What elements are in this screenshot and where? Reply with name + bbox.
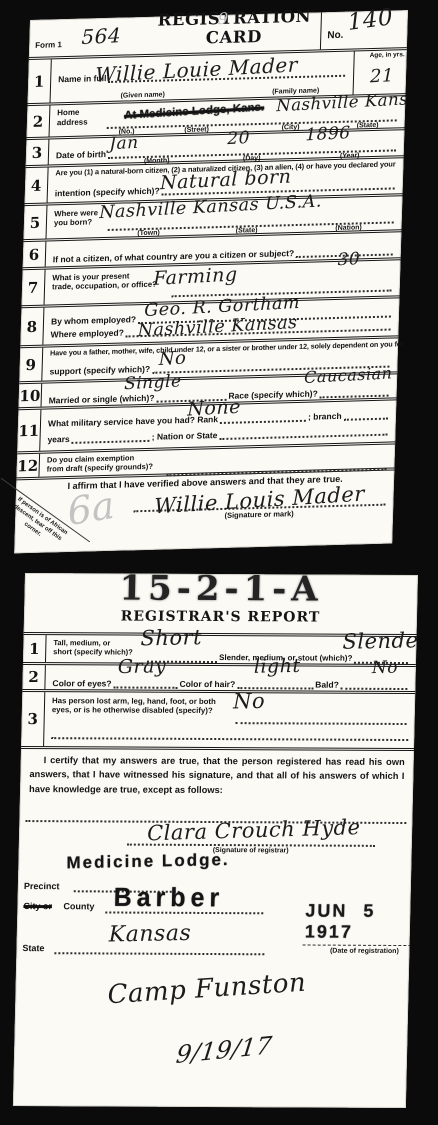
registrar-signature: Clara Crouch Hyde: [147, 817, 361, 844]
row-features: 2 Color of eyes? Color of hair? Bald? Gr…: [22, 665, 416, 694]
race-label: Race (specify which)?: [228, 388, 318, 401]
certification-text: I certify that my answers are true, that…: [29, 753, 405, 798]
age-label: Age, in yrs.: [370, 51, 405, 60]
spacer: [188, 89, 251, 98]
date-caption: (Date of registration): [302, 947, 418, 956]
dotted-line: [237, 678, 313, 689]
row-number: 10: [19, 384, 43, 408]
occupation-label-2: trade, occupation, or office?: [52, 280, 157, 292]
precinct-stamp: Medicine Lodge.: [66, 850, 229, 873]
row-number: 3: [26, 139, 50, 165]
row-disability: 3 Has person lost arm, leg, hand, foot, …: [21, 692, 415, 751]
row-number: 4: [25, 168, 49, 204]
dotted-line: [236, 713, 407, 725]
county-label: County: [63, 901, 94, 912]
margin-number-handwriting: 30: [338, 251, 361, 269]
build-handwriting: Slender: [342, 630, 418, 653]
row-number: 9: [19, 348, 43, 382]
eyes-handwriting: Gray: [118, 657, 166, 677]
given-name-caption: (Given name): [98, 91, 188, 100]
row-number: 12: [16, 454, 40, 478]
row-number: 2: [27, 105, 51, 137]
hair-label: Color of hair?: [179, 679, 235, 689]
date-note-handwriting: 9/19/17: [175, 1033, 274, 1067]
age-handwriting: 21: [370, 67, 394, 86]
row-number: 2: [22, 665, 46, 689]
where-employed-label: Where employed?: [51, 327, 125, 339]
hair-handwriting: light: [254, 657, 301, 677]
bald-label: Bald?: [315, 679, 339, 689]
dob-year-handwriting: 1896: [305, 125, 350, 144]
pencil-mark: 6a: [65, 483, 116, 534]
state-handwriting: Kansas: [109, 923, 192, 947]
row-number: 5: [24, 206, 48, 240]
stray-pencil-mark: 9: [218, 9, 229, 28]
branch-label: ; branch: [308, 411, 342, 422]
state-caption: (State): [191, 226, 301, 236]
exemption-label-2: from draft (specify grounds)?: [47, 462, 154, 474]
height-label-1: Tall, medium, or: [53, 638, 133, 647]
state-label: State: [22, 943, 44, 954]
row-content: Color of eyes? Color of hair? Bald? Gray…: [45, 665, 416, 691]
dotted-line: [219, 425, 387, 440]
rank-handwriting: None: [187, 398, 241, 420]
dotted-line: [341, 679, 408, 690]
dotted-line: [113, 677, 177, 688]
name-handwriting: Willie Louie Mader: [95, 54, 298, 85]
row-number: 11: [17, 410, 41, 452]
row-content: Tall, medium, or short (specify which)? …: [46, 635, 417, 664]
dotted-line: [343, 409, 388, 421]
years-label: years: [47, 434, 70, 445]
foreign-citizen-label: If not a citizen, of what country are yo…: [53, 248, 295, 265]
dob-day-handwriting: 20: [227, 130, 250, 148]
nation-state-label: ; Nation or State: [152, 430, 218, 442]
nation-caption: (Nation): [301, 223, 395, 232]
home-label-2: address: [57, 117, 88, 127]
card-title: REGISTRATION CARD: [147, 6, 321, 54]
town-caption: (Town): [105, 229, 191, 238]
date-line: [303, 940, 418, 946]
county-struck-label: City or: [23, 901, 52, 912]
report-header: 15-2-1-A REGISTRAR'S REPORT: [24, 573, 418, 637]
row-content: By whom employed? Where employed? Geo. R…: [43, 298, 399, 344]
row-content: Has person lost arm, leg, hand, foot, or…: [44, 692, 415, 748]
form-number-area: Form 1 564: [29, 17, 148, 57]
serial-handwriting: 564: [81, 25, 121, 47]
bald-handwriting: No: [372, 660, 398, 678]
signature-block: Willie Louis Mader (Signature or mark): [133, 487, 386, 523]
disability-handwriting: No: [233, 691, 265, 713]
card-number-handwriting: 140: [347, 6, 394, 35]
county-stamp: Barber: [113, 883, 224, 914]
row-number: 1: [23, 635, 47, 662]
row-content: Where were you born? Nashville Kansas U.…: [47, 196, 403, 238]
disability-label-2: eyes, or is he otherwise disabled (speci…: [52, 706, 216, 716]
age-box: Age, in yrs. 21: [353, 50, 407, 94]
marital-handwriting: Single: [124, 373, 182, 393]
card-number-area: No. 140: [320, 10, 408, 49]
dob-label: Date of birth: [56, 149, 106, 161]
row-number: 7: [22, 270, 46, 306]
report-lower-section: I certify that my answers are true, that…: [13, 749, 414, 1108]
citizenship-label-2: intention (specify which)?: [55, 185, 160, 198]
occupation-handwriting: Farming: [153, 265, 237, 288]
registrars-report-card: 15-2-1-A REGISTRAR'S REPORT 1 Tall, medi…: [13, 573, 418, 1108]
dob-month-handwriting: Jan: [109, 135, 138, 154]
height-handwriting: Short: [140, 627, 202, 649]
row-number: 8: [20, 308, 44, 346]
card-footer: I affirm that I have verified above answ…: [14, 472, 394, 554]
dependents-handwriting: No: [159, 350, 187, 369]
row-number: 3: [21, 692, 45, 746]
row-number: 6: [23, 242, 47, 268]
precinct-label: Precinct: [24, 881, 60, 892]
form-label: Form 1: [35, 41, 62, 51]
camp-note-handwriting: Camp Funston: [107, 970, 307, 1009]
row-build: 1 Tall, medium, or short (specify which)…: [23, 635, 417, 667]
blank-dotted-line: [51, 728, 408, 741]
report-title: REGISTRAR'S REPORT: [24, 608, 417, 626]
registration-card: Form 1 564 REGISTRATION CARD 9 No. 140 1…: [14, 10, 408, 553]
eyes-label: Color of eyes?: [52, 678, 111, 688]
employer-label: By whom employed?: [51, 314, 136, 326]
no-label: No.: [327, 30, 343, 42]
race-handwriting: Caucasian: [304, 365, 392, 386]
registration-date-stamp: JUN 5 1917: [305, 901, 411, 944]
row-content: What military service have you had? Rank…: [40, 400, 396, 450]
marital-label: Married or single (which)?: [49, 393, 155, 406]
report-code-stamp: 15-2-1-A: [24, 573, 418, 610]
dotted-line: [72, 431, 150, 444]
row-number: 1: [28, 59, 52, 103]
dotted-line: [320, 386, 389, 399]
birthplace-label-2: you born?: [54, 218, 98, 228]
